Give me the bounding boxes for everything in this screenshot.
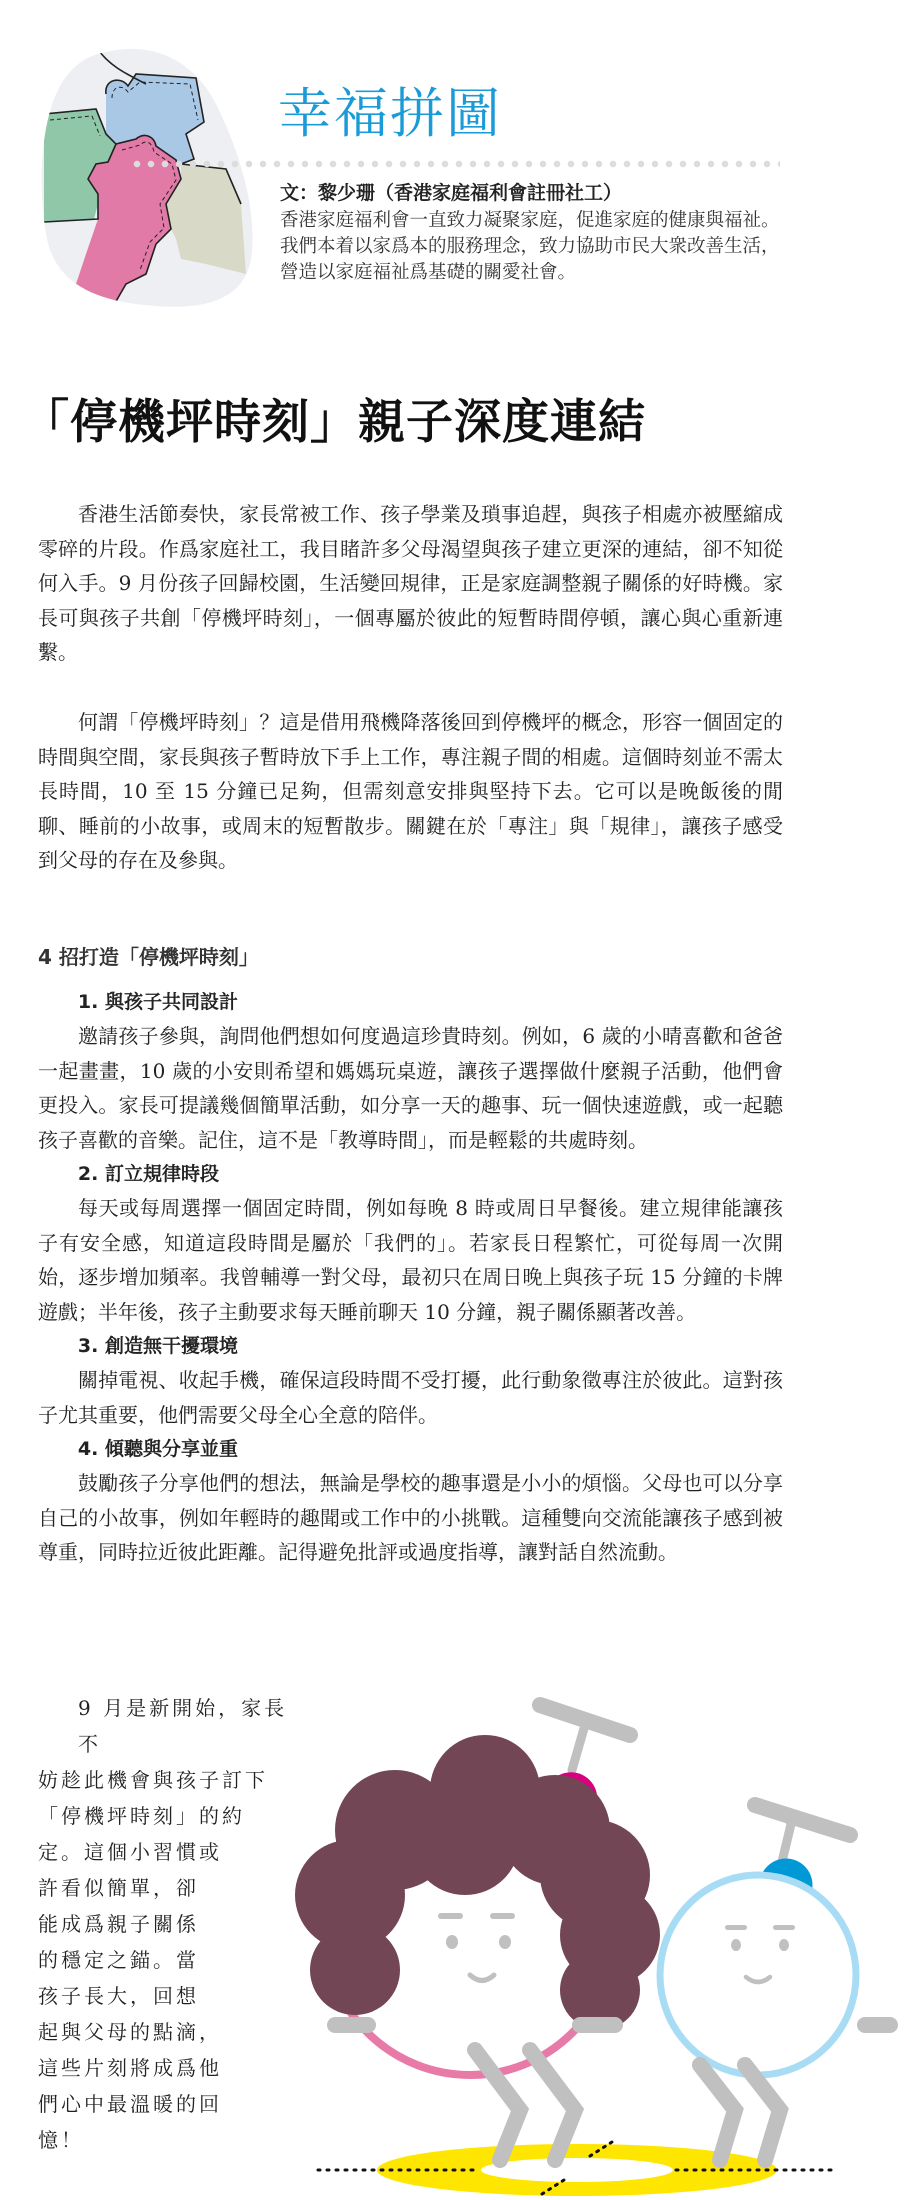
paragraph-definition: 何謂「停機坪時刻」？這是借用飛機降落後回到停機坪的概念，形容一個固定的時間與空間… <box>38 705 783 878</box>
tips-list: 1. 與孩子共同設計 邀請孩子參與，詢問他們想如何度過這珍貴時刻。例如，6 歲的… <box>38 985 783 1570</box>
puzzle-illustration <box>36 44 258 310</box>
closing-line: 們心中最溫暖的回 <box>38 2086 308 2122</box>
column-title: 幸福拼圖 <box>278 84 502 144</box>
closing-line: 孩子長大，回想 <box>38 1978 308 2014</box>
author-byline: 文：黎少珊（香港家庭福利會註冊社工） <box>280 180 622 206</box>
organization-intro: 香港家庭福利會一直致力凝聚家庭，促進家庭的健康與福祉。我們本着以家爲本的服務理念… <box>280 208 780 286</box>
parent-character <box>295 1735 660 2160</box>
article-title: 「停機坪時刻」親子深度連結 <box>22 395 646 451</box>
paragraph-intro: 香港生活節奏快，家長常被工作、孩子學業及瑣事追趕，與孩子相處亦被壓縮成零碎的片段… <box>38 497 783 670</box>
tip-item: 3. 創造無干擾環境 關掉電視、收起手機，確保這段時間不受打擾，此行動象徵專注於… <box>38 1329 783 1432</box>
tip-item: 4. 傾聽與分享並重 鼓勵孩子分享他們的想法，無論是學校的趣事還是小小的煩惱。父… <box>38 1432 783 1570</box>
closing-line: 妨趁此機會與孩子訂下 <box>38 1762 308 1798</box>
closing-line: 許看似簡單，卻 <box>38 1870 308 1906</box>
tip-body: 鼓勵孩子分享他們的想法，無論是學校的趣事還是小小的煩惱。父母也可以分享自己的小故… <box>38 1466 783 1570</box>
parent-child-illustration <box>280 1680 905 2200</box>
tip-body: 關掉電視、收起手機，確保這段時間不受打擾，此行動象徵專注於彼此。這對孩子尤其重要… <box>38 1363 783 1432</box>
tip-item: 1. 與孩子共同設計 邀請孩子參與，詢問他們想如何度過這珍貴時刻。例如，6 歲的… <box>38 985 783 1157</box>
tip-title: 3. 創造無干擾環境 <box>38 1329 783 1363</box>
dotted-divider <box>130 160 780 168</box>
closing-line: 這些片刻將成爲他 <box>38 2050 308 2086</box>
closing-paragraph: 9 月是新開始，家長不 妨趁此機會與孩子訂下 「停機坪時刻」的約 定。這個小習慣… <box>38 1690 308 2158</box>
tip-body: 邀請孩子參與，詢問他們想如何度過這珍貴時刻。例如，6 歲的小晴喜歡和爸爸一起畫畫… <box>38 1019 783 1157</box>
closing-line: 能成爲親子關係 <box>38 1906 308 1942</box>
closing-line: 起與父母的點滴， <box>38 2014 308 2050</box>
closing-line: 9 月是新開始，家長不 <box>38 1690 308 1762</box>
closing-line: 「停機坪時刻」的約 <box>38 1798 308 1834</box>
tip-title: 4. 傾聽與分享並重 <box>38 1432 783 1466</box>
child-propeller-icon <box>755 1805 850 1870</box>
tip-title: 1. 與孩子共同設計 <box>38 985 783 1019</box>
section-heading: 4 招打造「停機坪時刻」 <box>38 940 259 974</box>
tip-item: 2. 訂立規律時段 每天或每周選擇一個固定時間，例如每晚 8 時或周日早餐後。建… <box>38 1157 783 1329</box>
tip-title: 2. 訂立規律時段 <box>38 1157 783 1191</box>
closing-line: 的穩定之錨。當 <box>38 1942 308 1978</box>
helipad-icon <box>318 2142 836 2196</box>
closing-line: 定。這個小習慣或 <box>38 1834 308 1870</box>
tip-body: 每天或每周選擇一個固定時間，例如每晚 8 時或周日早餐後。建立規律能讓孩子有安全… <box>38 1191 783 1329</box>
closing-line: 憶！ <box>38 2122 308 2158</box>
column-header: 幸福拼圖 文：黎少珊（香港家庭福利會註冊社工） 香港家庭福利會一直致力凝聚家庭，… <box>0 0 905 330</box>
parent-propeller-icon <box>540 1705 630 1770</box>
